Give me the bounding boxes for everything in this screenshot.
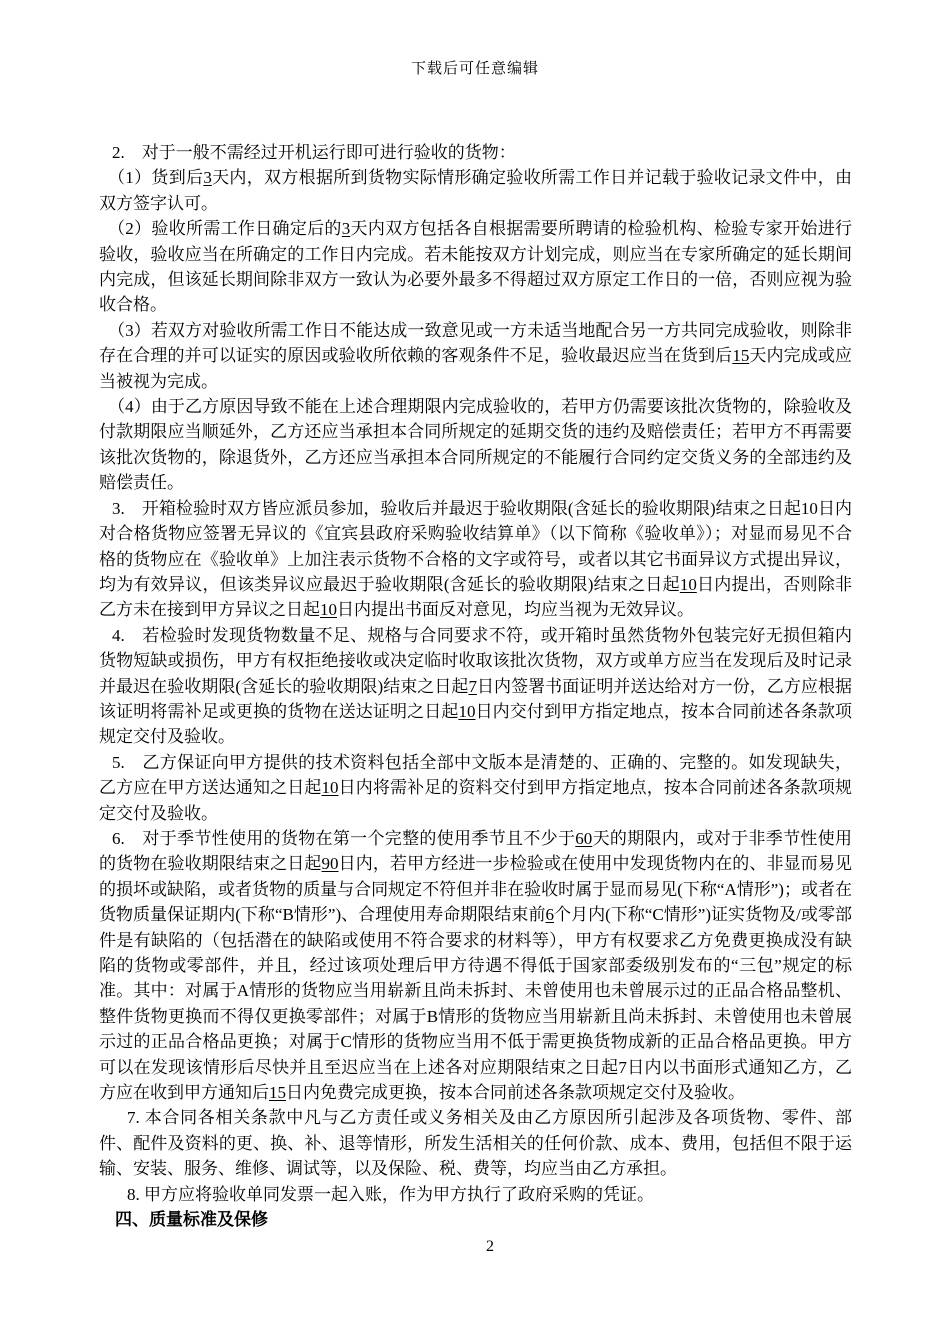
clause-8: 8. 甲方应将验收单同发票一起入账，作为甲方执行了政府采购的凭证。 xyxy=(99,1182,852,1207)
text-run: 6. 对于季节性使用的货物在第一个完整的使用季节且不少于 xyxy=(112,829,575,848)
clause-7: 7. 本合同各相关条款中凡与乙方责任或义务相关及由乙方原因所引起涉及各项货物、零… xyxy=(99,1105,852,1181)
underlined-value: 15 xyxy=(269,1083,286,1102)
clause-2: 2. 对于一般不需经过开机运行即可进行验收的货物： xyxy=(99,140,852,165)
text-run: 7. 本合同各相关条款中凡与乙方责任或义务相关及由乙方原因所引起涉及各项货物、零… xyxy=(99,1108,852,1178)
clause-5: 5. 乙方保证向甲方提供的技术资料包括全部中文版本是清楚的、正确的、完整的。如发… xyxy=(99,750,852,826)
text-run: 2. 对于一般不需经过开机运行即可进行验收的货物： xyxy=(112,143,516,162)
underlined-value: 15 xyxy=(732,346,749,365)
underlined-value: 3 xyxy=(203,168,212,187)
section-heading: 四、质量标准及保修 xyxy=(99,1207,852,1232)
underlined-value: 10 xyxy=(322,778,339,797)
clause-2-sub-4: （4）由于乙方原因导致不能在上述合理期限内完成验收的，若甲方仍需要该批次货物的，… xyxy=(99,394,852,496)
text-run: 四、质量标准及保修 xyxy=(115,1210,268,1229)
text-run: 天内，双方根据所到货物实际情形确定验收所需工作日并记载于验收记录文件中，由双方签… xyxy=(99,168,852,212)
underlined-value: 3 xyxy=(342,219,351,238)
text-run: （4）由于乙方原因导致不能在上述合理期限内完成验收的，若甲方仍需要该批次货物的，… xyxy=(99,397,852,492)
underlined-value: 90 xyxy=(322,854,339,873)
clause-2-sub-2: （2）验收所需工作日确定后的3天内双方包括各自根据需要所聘请的检验机构、检验专家… xyxy=(99,216,852,318)
edit-note-header: 下载后可任意编辑 xyxy=(0,57,950,78)
text-run: （2）验收所需工作日确定后的 xyxy=(108,219,342,238)
page-number: 2 xyxy=(15,1238,950,1256)
underlined-value: 10 xyxy=(458,702,475,721)
underlined-value: 60 xyxy=(575,829,592,848)
clause-2-sub-1: （1）货到后3天内，双方根据所到货物实际情形确定验收所需工作日并记载于验收记录文… xyxy=(99,165,852,216)
text-run: 日内提出书面反对意见，均应当视为无效异议。 xyxy=(337,600,694,619)
underlined-value: 10 xyxy=(680,575,697,594)
text-run: 个月内(下称“C情形”)证实货物及/或零部件是有缺陷的（包括潜在的缺陷或使用不符… xyxy=(99,905,852,1102)
underlined-value: 6 xyxy=(545,905,554,924)
text-run: 日内免费完成更换，按本合同前述各条款项规定交付及验收。 xyxy=(286,1083,745,1102)
text-run: 8. 甲方应将验收单同发票一起入账，作为甲方执行了政府采购的凭证。 xyxy=(127,1185,654,1204)
clause-2-sub-3: （3）若双方对验收所需工作日不能达成一致意见或一方未适当地配合另一方共同完成验收… xyxy=(99,318,852,394)
document-body: 2. 对于一般不需经过开机运行即可进行验收的货物：（1）货到后3天内，双方根据所… xyxy=(99,140,852,1232)
underlined-value: 10 xyxy=(320,600,337,619)
text-run: （1）货到后 xyxy=(108,168,203,187)
underlined-value: 7 xyxy=(468,677,477,696)
clause-4: 4. 若检验时发现货物数量不足、规格与合同要求不符，或开箱时虽然货物外包装完好无… xyxy=(99,623,852,750)
clause-6: 6. 对于季节性使用的货物在第一个完整的使用季节且不少于60天的期限内，或对于非… xyxy=(99,826,852,1105)
clause-3: 3. 开箱检验时双方皆应派员参加，验收后并最迟于验收期限(含延长的验收期限)结束… xyxy=(99,496,852,623)
